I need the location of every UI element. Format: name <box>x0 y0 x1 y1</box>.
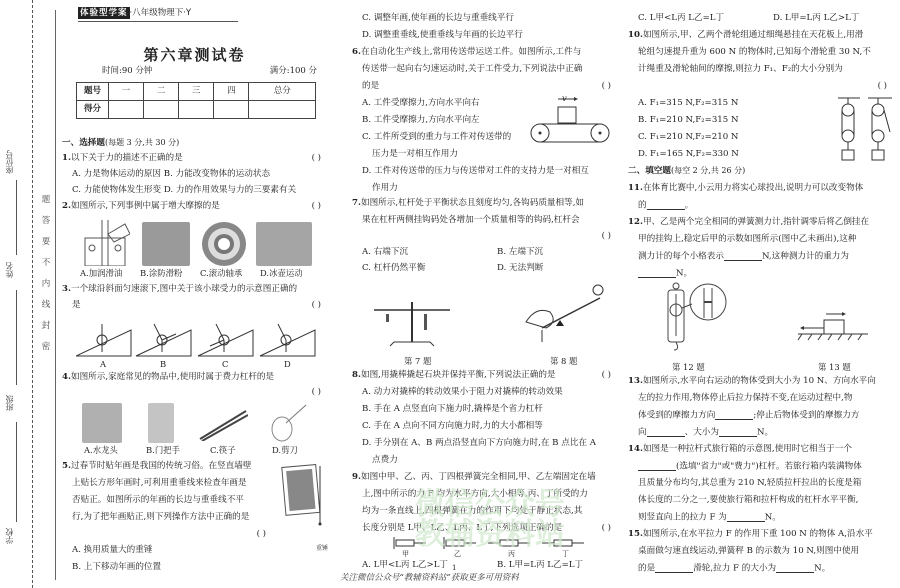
question-text: 行,为了把年画贴正,则下列操作方法中正确的是 <box>62 513 249 522</box>
score-cell[interactable] <box>179 101 214 119</box>
q5-stem: 5.过春节时贴年画是我国的传统习俗。在竖直墙壁 <box>62 462 251 471</box>
question-text: 一个球沿斜面匀速滚下,图中关于该小球受力的示意图正确的 <box>71 284 297 294</box>
option-b: B. L甲=L丙 L乙=L丁 <box>497 561 607 570</box>
question-text: 计绳重及滑轮轴间的摩擦,则拉力 F₁、F₂的大小分别为 <box>628 65 843 74</box>
q14-stem-end: 则竖直向上的拉力 F 为N。 <box>628 513 781 522</box>
answer-blank[interactable] <box>647 201 685 210</box>
rolling-bearing-figure <box>200 220 248 268</box>
question-text: 以下关于力的描述不正确的是 <box>71 153 183 163</box>
question-text: 、大小为 <box>685 427 719 437</box>
q7-stem: 7.如图所示,杠杆处于平衡状态且刻度均匀,各钩码质量相等,如 <box>352 199 584 208</box>
option-b: B. 左端下沉 <box>497 248 607 257</box>
question-text: N,这种测力计的重力为 <box>762 251 849 261</box>
option-b: B. 手在 A 点竖直向下施力时,撬棒是个省力杠杆 <box>352 405 543 414</box>
answer-paren[interactable]: ( ) <box>602 524 611 533</box>
answer-blank[interactable] <box>638 462 676 471</box>
question-text: 如图所示,甲、乙两个滑轮组通过细绳悬挂在天花板上,用滑 <box>643 30 863 40</box>
q13-stem: 13.如图所示,水平向右运动的物体受到大小为 10 N、方向水平向 <box>628 377 876 386</box>
seal-warning: 题 答 要 不 内 线 封 密 <box>40 190 52 358</box>
question-number: 7. <box>352 198 361 208</box>
question-text: 果在杠杆两侧挂钩码处各增加一个质量相等的钩码,杠杆会 <box>352 216 580 225</box>
figure-caption: A <box>100 360 106 368</box>
option-b: B. 工件受摩擦力,方向水平向左 <box>352 116 480 125</box>
option-d: D. L甲=L丙 L乙>L丁 <box>773 14 883 23</box>
question-text: 在自动化生产线上,常用传送带运送工件。如图所示,工件与 <box>361 47 581 57</box>
option-b: B. F₁=210 N,F₂=315 N <box>628 116 739 125</box>
question-text: 体受到的摩擦力方向 <box>638 410 715 420</box>
question-number: 5. <box>62 461 71 471</box>
option-c: C. 手在 A 点向不同方向施力时,力的大小都相等 <box>352 422 543 431</box>
figure-caption: C.滚动轴承 <box>200 269 242 277</box>
figure-caption: D.剪刀 <box>272 446 298 454</box>
score-cell[interactable] <box>214 101 249 119</box>
question-number: 3. <box>62 284 71 294</box>
q2-stem: 2.如图所示,下列事例中属于增大摩擦的是( ) <box>62 202 327 211</box>
answer-blank[interactable] <box>776 564 814 573</box>
lever-balance-figure <box>372 290 452 350</box>
question-text: 体长度的二分之一,要使旅行箱和拉杆构成的杠杆水平平衡, <box>628 496 858 505</box>
name-line <box>16 290 17 385</box>
option-a: A. 工件受摩擦力,方向水平向右 <box>352 99 480 108</box>
q6-stem-cont: 的是( ) <box>352 82 617 91</box>
option-c: C. F₁=210 N,F₂=210 N <box>628 133 738 142</box>
score-cell[interactable] <box>109 101 144 119</box>
velocity-label: v <box>562 94 567 102</box>
answer-paren[interactable]: ( ) <box>602 371 611 380</box>
exam-full-score: 满分:100 分 <box>270 67 317 76</box>
lubricant-hinge-figure <box>80 220 130 266</box>
binding-margin: 座位号 姓名 班级 学校 题 答 要 不 内 线 封 密 <box>0 0 56 588</box>
cell: 一 <box>109 83 144 101</box>
curling-photo <box>256 222 312 266</box>
option-d-cont: 作用力 <box>352 184 398 193</box>
spring-scale-figure <box>664 282 734 354</box>
question-text: N。 <box>757 427 773 437</box>
q14-stem-cont: (选填"省力"或"费力")杠杆。若旅行箱内装满物体 <box>628 462 862 471</box>
scissors-figure <box>268 403 308 443</box>
option-c: C. 调整年画,使年画的长边与重垂线平行 <box>352 14 514 23</box>
question-text: ;停止后物体受到的摩擦力方 <box>753 410 859 420</box>
answer-blank[interactable] <box>715 411 753 420</box>
section-title-text: 二、填空题 <box>628 166 671 176</box>
cell: 三 <box>179 83 214 101</box>
question-text: 的是 <box>638 563 655 573</box>
score-table-header-row: 题号 一 二 三 四 总分 <box>77 83 316 101</box>
section-note: (每题 3 分,共 30 分) <box>105 138 179 147</box>
section-1-title: 一、选择题(每题 3 分,共 30 分) <box>62 139 179 148</box>
seal-char: 题 <box>40 190 52 211</box>
q4-stem: 4.如图所示,家庭常见的物品中,使用时属于费力杠杆的是 <box>62 373 274 382</box>
footer-text: 关注微信公众号“教辅资料站”获取更多可用资料 <box>340 573 519 583</box>
option-d: D. 手分别在 A、B 两点沿竖直向下方向施力时,在 B 点比在 A <box>352 439 596 448</box>
figure-caption: 第 8 题 <box>550 357 577 365</box>
question-number: 14. <box>628 444 643 454</box>
q9-options-row2: C. L甲<L丙 L乙=L丁D. L甲=L丙 L乙>L丁 <box>628 14 883 23</box>
question-text: N。 <box>814 563 830 573</box>
class-label: 班级 <box>6 395 20 411</box>
score-table-score-row: 得分 <box>77 101 316 119</box>
q3-stem: 3.一个球沿斜面匀速滚下,图中关于该小球受力的示意图正确的 <box>62 285 297 294</box>
page-number: 1 <box>452 565 456 572</box>
question-number: 1. <box>62 153 71 163</box>
figure-caption: B <box>160 360 166 368</box>
faucet-photo <box>82 403 122 443</box>
score-table: 题号 一 二 三 四 总分 得分 <box>76 82 316 119</box>
question-text: 如图中甲、乙、丙、丁四根弹簧完全相同,甲、乙左端固定在墙 <box>361 472 596 482</box>
figure-caption: D.冰壶运动 <box>260 269 303 277</box>
q9-stem: 9.如图中甲、乙、丙、丁四根弹簧完全相同,甲、乙左端固定在墙 <box>352 473 596 482</box>
cut-line <box>32 0 33 588</box>
q7-options-row1: A. 右端下沉B. 左端下沉 <box>352 248 607 257</box>
option-a: A. 动力对撬棒的转动效果小于阻力对撬棒的转动效果 <box>352 388 563 397</box>
question-text: 如图所示,下列事例中属于增大摩擦的是 <box>71 201 220 211</box>
question-text: 如图,用撬棒撬起石块并保持平衡,下列说法正确的是 <box>361 370 556 380</box>
question-text: 轮组匀速提升重为 600 N 的物体时,已知每个滑轮重 30 N,不 <box>628 48 871 57</box>
question-text: 上,图中所示的力 F 均为水平方向,大小相等,丙、丁所受的力 <box>352 490 588 499</box>
answer-blank[interactable] <box>719 428 757 437</box>
answer-blank[interactable] <box>647 428 685 437</box>
figure-caption: 第 7 题 <box>404 357 431 365</box>
section-title-text: 一、选择题 <box>62 138 105 148</box>
answer-paren[interactable]: ( ) <box>602 232 611 241</box>
answer-paren[interactable]: ( ) <box>257 530 266 539</box>
q10-stem: 10.如图所示,甲、乙两个滑轮组通过细绳悬挂在天花板上,用滑 <box>628 31 863 40</box>
q8-stem: 8.如图,用撬棒撬起石块并保持平衡,下列说法正确的是( ) <box>352 371 617 380</box>
name-label: 姓名 <box>6 262 20 278</box>
margin-rule <box>55 10 56 580</box>
page-title: 第六章测试卷 <box>62 48 327 63</box>
answer-paren[interactable]: ( ) <box>602 82 611 91</box>
question-text: N。 <box>765 512 781 522</box>
question-text: 左的拉力作用,物体停止后拉力保持不变,在运动过程中,物 <box>628 394 852 403</box>
spring-label: 甲 <box>402 551 409 558</box>
seal-char: 内 <box>40 274 52 295</box>
q9-options-row1: A. L甲<L丙 L乙>L丁B. L甲=L丙 L乙=L丁 <box>352 561 607 570</box>
exam-time: 时间:90 分钟 <box>102 67 152 76</box>
spring-label: 丙 <box>508 551 515 558</box>
option-d: D. 工件对传送带的压力与传送带对工件的支持力是一对相互 <box>352 167 589 176</box>
seal-char: 答 <box>40 211 52 232</box>
question-text: 否贴正。如图所示的年画的长边与重垂线不平 <box>62 496 244 505</box>
answer-paren[interactable]: ( ) <box>312 301 321 310</box>
figure-caption: 第 12 题 <box>672 363 705 371</box>
cell: 四 <box>214 83 249 101</box>
option-c: C. 力能使物体发生形变 <box>72 185 161 195</box>
question-number: 11. <box>628 183 643 193</box>
option-d-cont: 点费力 <box>352 456 398 465</box>
question-text: 如图是一种拉杆式旅行箱的示意图,使用时它相当于一个 <box>643 444 852 454</box>
spring-label: 乙 <box>454 551 461 558</box>
q6-stem: 6.在自动化生产线上,常用传送带运送工件。如图所示,工件与 <box>352 48 581 57</box>
question-text: 向 <box>638 427 647 437</box>
seal-char: 密 <box>40 337 52 358</box>
seal-char: 封 <box>40 316 52 337</box>
q1-options-row1: A. 力是物体运动的原因 B. 力能改变物体的运动状态 <box>62 170 270 179</box>
seat-number-label: 座位号 <box>6 150 20 174</box>
question-number: 4. <box>62 372 71 382</box>
option-b: B. 上下移动年画的位置 <box>62 563 161 572</box>
option-d: D. F₁=165 N,F₂=330 N <box>628 150 739 159</box>
cell: 总分 <box>249 83 316 101</box>
question-text: 是 <box>72 300 81 310</box>
chopsticks-figure <box>198 405 248 441</box>
option-b: B. 力能改变物体的运动状态 <box>164 169 270 179</box>
score-cell[interactable] <box>144 101 179 119</box>
cell: 二 <box>144 83 179 101</box>
seat-number-line <box>16 180 17 255</box>
class-line <box>16 422 17 522</box>
question-text: 。 <box>685 200 694 210</box>
question-number: 2. <box>62 201 71 211</box>
figure-caption: C <box>222 360 228 368</box>
q15-stem-end: 的是滑轮,拉力 F 的大小为N。 <box>628 564 830 573</box>
question-text: 则竖直向上的拉力 F 为 <box>638 512 727 522</box>
figure-caption: B.门把手 <box>146 446 180 454</box>
plumb-label: 重锤 <box>316 546 328 552</box>
option-d: D. 调整重垂线,使重垂线与年画的长边平行 <box>352 31 523 40</box>
option-a: A. F₁=315 N,F₂=315 N <box>628 99 738 108</box>
answer-blank[interactable] <box>655 564 693 573</box>
figure-caption: 第 13 题 <box>818 363 851 371</box>
question-text: 传送带一起向右匀速运动时,关于工件受力,下列说法中正确 <box>352 65 582 74</box>
question-number: 12. <box>628 217 643 227</box>
answer-blank[interactable] <box>638 269 676 278</box>
figure-caption: A.水龙头 <box>84 446 118 454</box>
option-c: C. L甲<L丙 L乙=L丁 <box>638 14 724 23</box>
q11-stem: 11.在体育比赛中,小云用力将实心球投出,说明力可以改变物体 <box>628 184 863 193</box>
section-note: (每空 2 分,共 26 分) <box>671 166 745 175</box>
question-text: 桌面做匀速直线运动,弹簧秤 B 的示数为 10 N,则图中使用 <box>628 547 859 556</box>
q1-stem: 1.以下关于力的描述不正确的是( ) <box>62 154 327 163</box>
question-text: 的 <box>638 200 647 210</box>
new-year-picture-figure <box>280 462 324 532</box>
q15-stem: 15.如图所示,在水平拉力 F 的作用下重 100 N 的物体 A,沿水平 <box>628 530 873 539</box>
incline-force-diagrams <box>76 318 326 358</box>
question-text: 甲的挂钩上,稳定后甲的示数如图所示(图中乙未画出),这种 <box>628 235 856 244</box>
q3-stem-cont: 是( ) <box>62 301 327 310</box>
option-d: D. 无法判断 <box>497 264 607 273</box>
figure-caption: B.涂防滑粉 <box>140 269 182 277</box>
option-c-cont: 压力是一对相互作用力 <box>352 150 458 159</box>
footer-note: 关注微信公众号“教辅资料站”获取更多可用资料 <box>340 574 519 583</box>
cell: 题号 <box>77 83 109 101</box>
block-on-ground-figure <box>788 310 878 346</box>
answer-paren[interactable]: ( ) <box>312 202 321 211</box>
springs-figure <box>392 536 602 550</box>
cell: 得分 <box>77 101 109 119</box>
q13-stem-end: 向、大小为N。 <box>628 428 773 437</box>
conveyor-belt-figure <box>530 95 610 145</box>
seal-char: 不 <box>40 253 52 274</box>
pulley-system-figure <box>836 96 896 164</box>
answer-paren[interactable]: ( ) <box>878 82 887 91</box>
question-number: 9. <box>352 472 361 482</box>
q13-stem-cont: 体受到的摩擦力方向;停止后物体受到的摩擦力方 <box>628 411 859 420</box>
door-handle-photo <box>148 403 174 443</box>
question-number: 6. <box>352 47 361 57</box>
question-text: 如图所示,杠杆处于平衡状态且刻度均匀,各钩码质量相等,如 <box>361 198 584 208</box>
brand-header: 体验型学案·八年级物理下·Y <box>78 9 238 22</box>
score-cell[interactable] <box>249 101 316 119</box>
question-number: 15. <box>628 529 643 539</box>
answer-blank[interactable] <box>724 252 762 261</box>
option-a: A. 换用质量大的重锤 <box>62 546 152 555</box>
question-number: 8. <box>352 370 361 380</box>
section-2-title: 二、填空题(每空 2 分,共 26 分) <box>628 167 745 176</box>
figure-caption: A.加润滑油 <box>80 269 122 277</box>
brand-tag: 体验型学案 <box>78 7 130 19</box>
question-number: 10. <box>628 30 643 40</box>
question-text: 的是 <box>362 81 379 91</box>
answer-paren[interactable]: ( ) <box>312 388 321 397</box>
spring-label: 丁 <box>562 551 569 558</box>
q9-stem-cont: 长度分别是 L甲、L乙、L丙、L丁,下列选项正确的是( ) <box>352 524 617 533</box>
question-text: 滑轮,拉力 F 的大小为 <box>693 563 776 573</box>
question-text: 上贴长方形年画时,可利用重垂线来检查年画是 <box>62 479 247 488</box>
question-text: 长度分别是 L甲、L乙、L丙、L丁,下列选项正确的是 <box>362 523 562 533</box>
anti-slip-powder-photo <box>142 222 190 266</box>
question-text: 测力计的每个小格表示 <box>638 251 724 261</box>
q14-stem: 14.如图是一种拉杆式旅行箱的示意图,使用时它相当于一个 <box>628 445 852 454</box>
q12-stem-end: N。 <box>628 269 692 278</box>
option-a: A. 右端下沉 <box>362 248 408 257</box>
seal-char: 要 <box>40 232 52 253</box>
question-text: (选填"省力"或"费力")杠杆。若旅行箱内装满物体 <box>676 461 862 471</box>
option-c: C. 工件所受到的重力与工件对传送带的 <box>352 133 511 142</box>
option-c: C. 杠杆仍然平衡 <box>362 264 425 273</box>
q12-stem-cont: 测力计的每个小格表示N,这种测力计的重力为 <box>628 252 849 261</box>
question-number: 13. <box>628 376 643 386</box>
q12-stem: 12.甲、乙是两个完全相同的弹簧测力计,指针调零后将乙倒挂在 <box>628 218 869 227</box>
answer-paren[interactable]: ( ) <box>312 154 321 163</box>
option-d: D. 力的作用效果与力的三要素有关 <box>164 185 296 195</box>
question-text: 且质量分布均匀,其总重为 210 N,轻质拉杆拉出的长度是箱 <box>628 479 861 488</box>
crowbar-figure <box>522 282 612 352</box>
seal-char: 线 <box>40 295 52 316</box>
question-text: 甲、乙是两个完全相同的弹簧测力计,指针调零后将乙倒挂在 <box>643 217 869 227</box>
question-text: 过春节时贴年画是我国的传统习俗。在竖直墙壁 <box>71 461 251 471</box>
option-a: A. 力是物体运动的原因 <box>72 169 161 179</box>
q7-options-row2: C. 杠杆仍然平衡D. 无法判断 <box>352 264 607 273</box>
figure-caption: C.筷子 <box>210 446 236 454</box>
q11-stem-cont: 的。 <box>628 201 693 210</box>
brand-subtitle: ·八年级物理下·Y <box>130 8 192 18</box>
figure-caption: D <box>284 360 291 368</box>
q1-options-row2: C. 力能使物体发生形变 D. 力的作用效果与力的三要素有关 <box>62 186 296 195</box>
question-text: N。 <box>676 268 692 278</box>
option-a: A. L甲<L丙 L乙>L丁 <box>362 561 448 570</box>
question-text: 如图所示,水平向右运动的物体受到大小为 10 N、方向水平向 <box>643 376 876 386</box>
question-text: 如图所示,在水平拉力 F 的作用下重 100 N 的物体 A,沿水平 <box>643 529 873 539</box>
answer-blank[interactable] <box>727 513 765 522</box>
exam-meta: 时间:90 分钟 满分:100 分 <box>102 67 317 76</box>
school-label: 学校 <box>6 528 20 544</box>
question-text: 均为一条直线上,四根弹簧在力的作用下均处于静止状态,其 <box>352 507 582 516</box>
question-text: 如图所示,家庭常见的物品中,使用时属于费力杠杆的是 <box>71 372 274 382</box>
question-text: 在体育比赛中,小云用力将实心球投出,说明力可以改变物体 <box>643 183 863 193</box>
